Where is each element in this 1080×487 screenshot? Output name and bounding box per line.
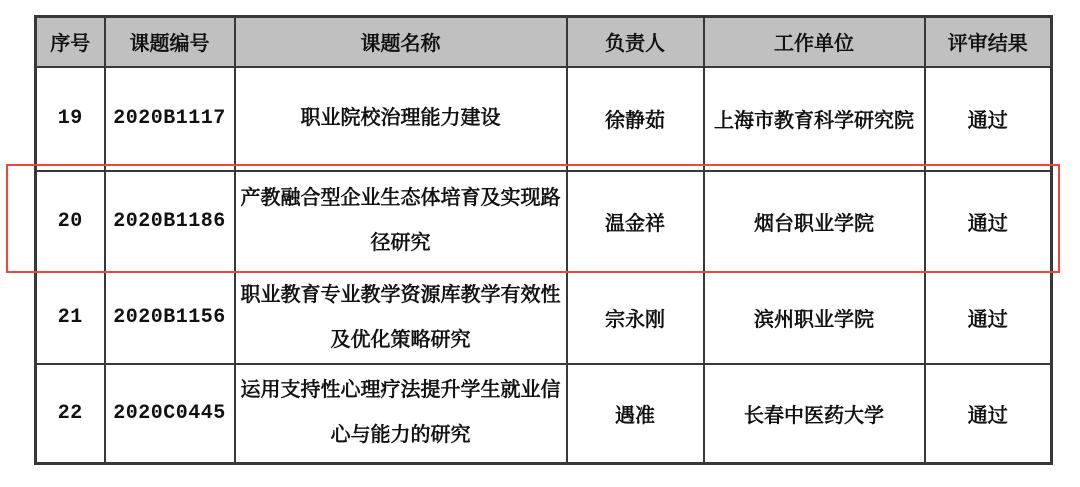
cell-result: 通过 — [925, 171, 1052, 272]
cell-unit: 烟台职业学院 — [704, 171, 925, 272]
table-row-22: 22 2020C0445 运用支持性心理疗法提升学生就业信心与能力的研究 遇准 … — [36, 364, 1052, 464]
column-header-leader: 负责人 — [567, 17, 704, 67]
cell-code: 2020B1156 — [105, 272, 235, 364]
cell-result: 通过 — [925, 272, 1052, 364]
review-results-table: 序号 课题编号 课题名称 负责人 工作单位 评审结果 19 2020B1117 … — [34, 15, 1053, 465]
cell-code: 2020C0445 — [105, 364, 235, 464]
cell-no: 22 — [36, 364, 105, 464]
cell-no: 21 — [36, 272, 105, 364]
table-row-19: 19 2020B1117 职业院校治理能力建设 徐静茹 上海市教育科学研究院 通… — [36, 67, 1052, 171]
document-page: 序号 课题编号 课题名称 负责人 工作单位 评审结果 19 2020B1117 … — [0, 0, 1080, 487]
cell-code: 2020B1117 — [105, 67, 235, 171]
table-row-20-highlighted: 20 2020B1186 产教融合型企业生态体培育及实现路径研究 温金祥 烟台职… — [36, 171, 1052, 272]
cell-code: 2020B1186 — [105, 171, 235, 272]
cell-title: 职业院校治理能力建设 — [235, 67, 567, 171]
column-header-no: 序号 — [36, 17, 105, 67]
cell-leader: 徐静茹 — [567, 67, 704, 171]
cell-title: 运用支持性心理疗法提升学生就业信心与能力的研究 — [235, 364, 567, 464]
cell-leader: 遇准 — [567, 364, 704, 464]
cell-unit: 滨州职业学院 — [704, 272, 925, 364]
cell-title: 产教融合型企业生态体培育及实现路径研究 — [235, 171, 567, 272]
cell-result: 通过 — [925, 67, 1052, 171]
cell-leader: 宗永刚 — [567, 272, 704, 364]
column-header-unit: 工作单位 — [704, 17, 925, 67]
table-header-row: 序号 课题编号 课题名称 负责人 工作单位 评审结果 — [36, 17, 1052, 67]
cell-result: 通过 — [925, 364, 1052, 464]
cell-no: 19 — [36, 67, 105, 171]
column-header-code: 课题编号 — [105, 17, 235, 67]
column-header-title: 课题名称 — [235, 17, 567, 67]
cell-title: 职业教育专业教学资源库教学有效性及优化策略研究 — [235, 272, 567, 364]
cell-no: 20 — [36, 171, 105, 272]
table-row-21: 21 2020B1156 职业教育专业教学资源库教学有效性及优化策略研究 宗永刚… — [36, 272, 1052, 364]
cell-unit: 长春中医药大学 — [704, 364, 925, 464]
cell-unit: 上海市教育科学研究院 — [704, 67, 925, 171]
cell-leader: 温金祥 — [567, 171, 704, 272]
column-header-result: 评审结果 — [925, 17, 1052, 67]
